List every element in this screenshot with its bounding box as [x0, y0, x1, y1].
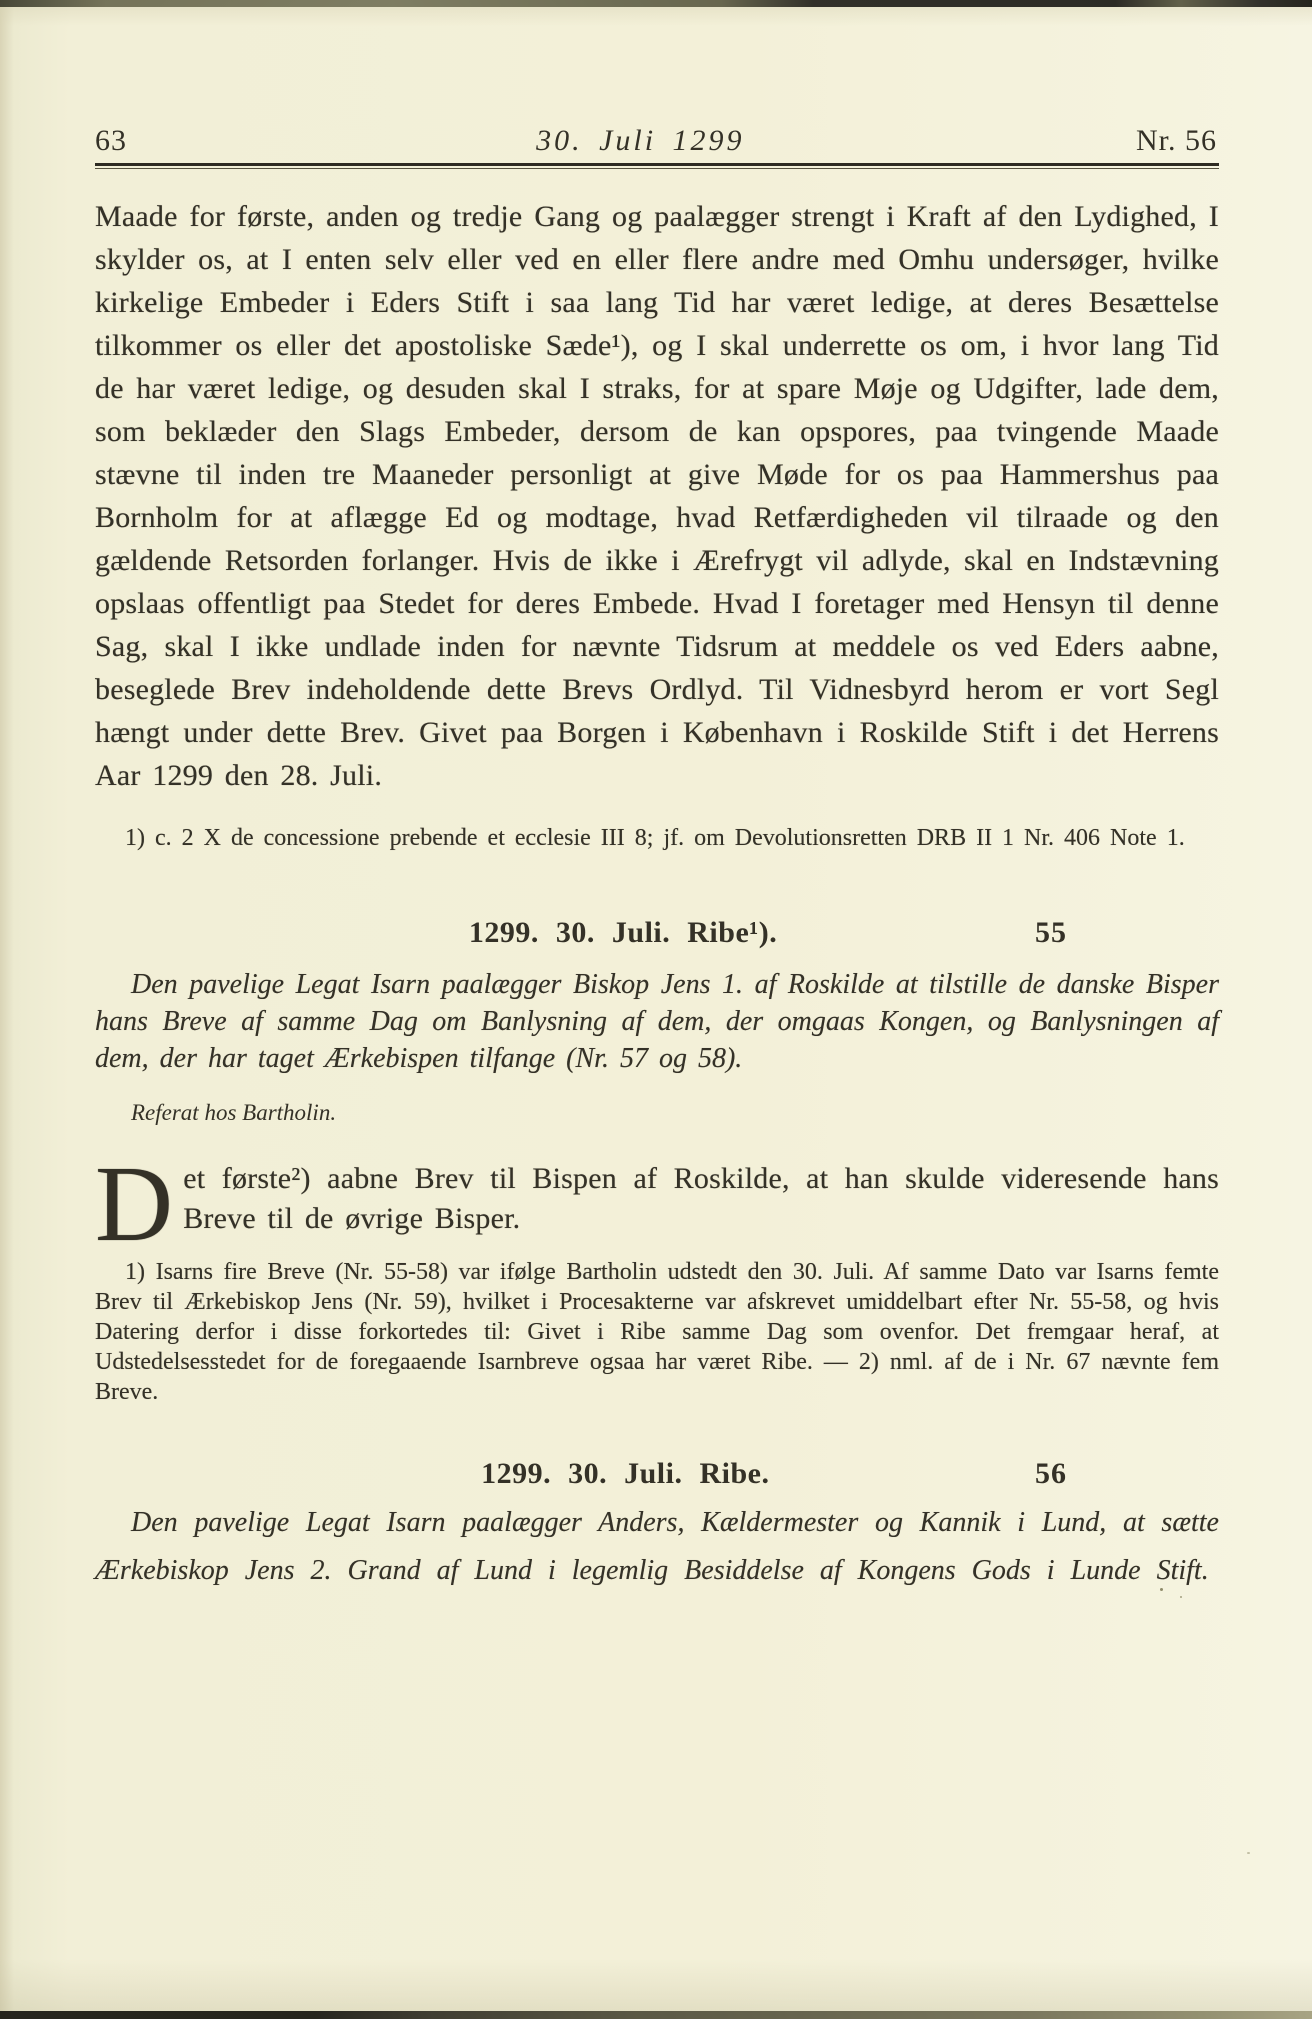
header-rule [95, 163, 1219, 169]
entry-55-body-text: et første²) aabne Brev til Bispen af Ros… [183, 1162, 1219, 1235]
scan-bottom-edge [0, 2011, 1312, 2019]
entry-55-number: 55 [1035, 916, 1067, 950]
scan-speck [1247, 1852, 1250, 1854]
entry-55-heading-row: 1299. 30. Juli. Ribe¹). 55 [95, 910, 1219, 950]
page-content: 63 30. Juli 1299 Nr. 56 Maade for første… [95, 0, 1219, 1595]
entry-55-heading: 1299. 30. Juli. Ribe¹). [469, 916, 777, 950]
running-header: 63 30. Juli 1299 Nr. 56 [95, 118, 1219, 158]
entry-56-number: 56 [1035, 1457, 1067, 1491]
entry-56-heading: 1299. 30. Juli. Ribe. [481, 1457, 769, 1491]
book-page-scan: 63 30. Juli 1299 Nr. 56 Maade for første… [0, 0, 1312, 2019]
running-doc-number: Nr. 56 [1136, 124, 1217, 158]
scan-speck [1180, 1596, 1182, 1598]
drop-cap-letter: D [95, 1159, 183, 1249]
entry-55-footnotes: 1) Isarns fire Breve (Nr. 55-58) var ifø… [95, 1257, 1219, 1407]
scan-speck [1160, 1588, 1163, 1591]
entry-56-summary: Den pavelige Legat Isarn paalægger Ander… [95, 1499, 1219, 1595]
entry-56-heading-row: 1299. 30. Juli. Ribe. 56 [95, 1451, 1219, 1491]
entry-55-source-note: Referat hos Bartholin. [95, 1097, 1219, 1129]
entry-54-footnote: 1) c. 2 X de concessione prebende et ecc… [95, 823, 1219, 854]
entry-54-continuation-text: Maade for første, anden og tredje Gang o… [95, 195, 1219, 797]
running-title-date: 30. Juli 1299 [536, 124, 745, 158]
entry-55-body: D et første²) aabne Brev til Bispen af R… [95, 1159, 1219, 1249]
entry-55-summary: Den pavelige Legat Isarn paalægger Bisko… [95, 966, 1219, 1077]
page-number: 63 [95, 124, 127, 158]
